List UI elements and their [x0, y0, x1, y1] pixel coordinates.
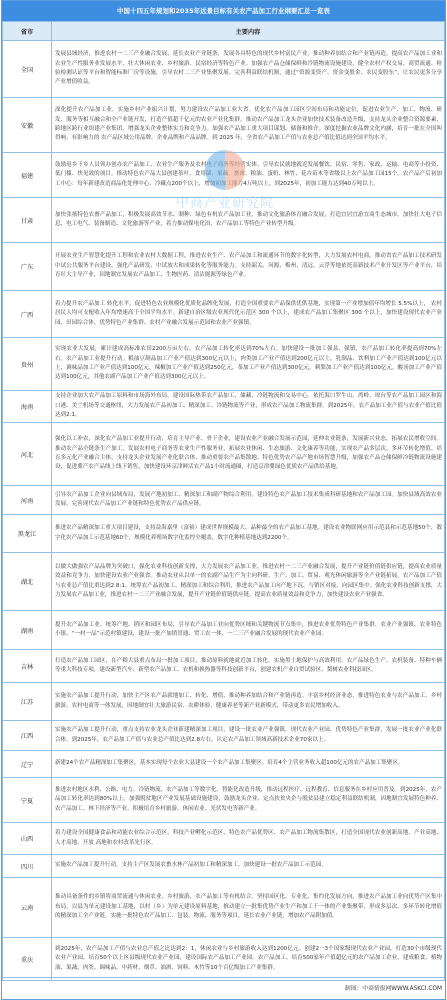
province-cell: 广东 [3, 243, 52, 291]
table-title: 中国十四五年规划和2035年远景目标有关农产品加工行业纲要汇总一览表 [2, 1, 445, 21]
content-cell: 发展县域经济，推进农村一二三产业融合发展，延长农业产业链条，发展各具特色的现代乡… [52, 41, 445, 98]
content-cell: 鼓励返乡下乡人员领办创办农产品加工、农业生产服务及农村电子商务等经营实体，引导农… [52, 153, 445, 198]
table-row: 江苏实施农产品加工提升行动，加快主产区农产品就地加工、转化、增值，推动种养加结合… [3, 683, 445, 721]
table-row: 湖北以做大做强农产品品牌为突破口，强化农业科技创新支撑，大力发展农产品加工业，推… [3, 553, 445, 611]
content-cell: 着力提升农产品加工 转化水平，促进特色农业规模化优质化品牌化发展，打造全国重要农… [52, 291, 445, 338]
table-row: 吉林打造农产品加工园区，在产粮大县重点布局一批加工项目，推动原料就地就近加工转化… [3, 650, 445, 683]
content-cell: 着力建设全国健康食品和功能农业综合示范区、科技产业孵化示范区、特色农产品优势区、… [52, 823, 445, 855]
province-cell: 湖北 [3, 553, 52, 611]
content-cell: 强化以工补农，深化农产品加工业提升行动，培育主导产业、骨干企业，建设农业产业融合… [52, 423, 445, 486]
province-cell: 全国 [3, 41, 52, 98]
province-cell: 山西 [3, 823, 52, 855]
table-row: 四川实施农产品加工提升行动，支持主产区发展农畜水林产品初加工和精深加工，加快建设… [3, 855, 445, 878]
table-row: 重庆到2025年，农产品加工产值与农业总产值之比达到2：1，休闲农业与乡村旅游收… [3, 938, 445, 981]
table-row: 全国发展县域经济，推进农村一二三产业融合发展，延长农业产业链条，发展各具特色的现… [3, 41, 445, 98]
province-cell: 吉林 [3, 650, 52, 683]
content-cell: 实施农产品加工提升行动，支持主产区发展农畜水林产品初加工和精深加工，加快建设一批… [52, 855, 445, 878]
policy-table: 省市 主要内容 全国发展县域经济，推进农村一二三产业融合发展，延长农业产业链条，… [2, 21, 445, 981]
table-row: 广西着力提升农产品加工 转化水平，促进特色农业规模化优质化品牌化发展，打造全国重… [3, 291, 445, 338]
table-row: 甘肃加快张掖特色农畜产品加工，积极发展高效节水、制种、绿色有机农产品加工业，推动… [3, 198, 445, 243]
table-row: 安徽深化提升农产品加工业。实施乡村产业振兴计划，努力建设农产品加工业大省。优化农… [3, 98, 445, 153]
table-row: 福建鼓励返乡下乡人员领办创办农产品加工、农业生产服务及农村电子商务等经营实体，引… [3, 153, 445, 198]
table-row: 湖南提升农产品加工业。统筹产地、销区和园区布局，引导农产品加工业向优势区域和关键… [3, 611, 445, 650]
content-cell: 新建24个农产品精深加工集聚区，基本实现每个农业大县建设一个农产品加工集聚区。培… [52, 751, 445, 778]
header-content: 主要内容 [52, 22, 445, 41]
province-cell: 湖南 [3, 611, 52, 650]
content-cell: 实施农产品加工提升行动，加快主产区农产品就地加工、转化、增值，推动种养加结合和产… [52, 683, 445, 721]
content-cell: 深化提升农产品加工业。实施乡村产业振兴计划，努力建设农产品加工业大省。优化农产品… [52, 98, 445, 153]
content-cell: 开展农业生产智慧化提升工程和农业农村大数据工程，推进农业生产、农产品加工和流通环… [52, 243, 445, 291]
province-cell: 四川 [3, 855, 52, 878]
province-cell: 广西 [3, 291, 52, 338]
content-cell: 以做大做强农产品品牌为突破口，强化农业科技创新支撑，大力发展农产品加工业，推进农… [52, 553, 445, 611]
table-row: 黑龙江推进农产品精深加工重大项目建设，支持益海嘉里（富裕）建成世界规模最大、品种… [3, 515, 445, 553]
content-cell: 打造农产品加工园区，在产粮大县重点布局一批加工项目，推动原料就地就近加工转化。实… [52, 650, 445, 683]
content-cell: 实施农产品加工提升行动，重点支持农业龙头企业新建精深加工项目，建设一批农业产业强… [52, 721, 445, 751]
table-row: 海南支持企业加大农产品加工原料和市场海外布局。建设国际热带农产品加工、储藏、冷链… [3, 391, 445, 423]
province-cell: 江西 [3, 721, 52, 751]
content-cell: 引导农产品加工企业向县域布局，发展产地初加工、精深加工和副产物综合利用，建设特色… [52, 486, 445, 515]
source-footer: 制图：中商情报网WWW.ASKCI.COM [2, 977, 445, 999]
province-cell: 贵州 [3, 338, 52, 391]
province-cell: 江苏 [3, 683, 52, 721]
table-row: 河北强化以工补农，深化农产品加工业提升行动，培育主导产业、骨干企业，建设农业产业… [3, 423, 445, 486]
content-cell: 推进农村地区水利、公路、电力、冷链物流、农产品加工等数字化、智能化改造升级，推动… [52, 778, 445, 823]
content-cell: 加快张掖特色农畜产品加工，积极发展高效节水、制种、绿色有机农产品加工业，推动文化… [52, 198, 445, 243]
header-province: 省市 [3, 22, 52, 41]
province-cell: 辽宁 [3, 751, 52, 778]
table-row: 贵州实现农业大发展，累计建成高标准农田2200万亩左右，农产品加工转化率达到70… [3, 338, 445, 391]
summary-table-frame: 中国十四五年规划和2035年远景目标有关农产品加工行业纲要汇总一览表 省市 主要… [1, 0, 446, 1000]
content-cell: 推动具备条件的乡镇将商贸流通与休闲农业、乡村旅游、农产品加工等有机结合。坚持园区… [52, 878, 445, 938]
table-row: 广东开展农业生产智慧化提升工程和农业农村大数据工程，推进农业生产、农产品加工和流… [3, 243, 445, 291]
table-row: 云南推动具备条件的乡镇将商贸流通与休闲农业、乡村旅游、农产品加工等有机结合。坚持… [3, 878, 445, 938]
content-cell: 实现农业大发展，累计建成高标准农田2200万亩左右，农产品加工转化率达到70%左… [52, 338, 445, 391]
province-cell: 宁夏 [3, 778, 52, 823]
content-cell: 推进农产品精深加工重大项目建设，支持益海嘉里（富裕）建成世界规模最大、品种最全的… [52, 515, 445, 553]
content-cell: 提升农产品加工业。统筹产地、销区和园区布局，引导农产品加工业向优势区域和关键物流… [52, 611, 445, 650]
province-cell: 福建 [3, 153, 52, 198]
province-cell: 云南 [3, 878, 52, 938]
province-cell: 海南 [3, 391, 52, 423]
province-cell: 河南 [3, 486, 52, 515]
table-row: 辽宁新建24个农产品精深加工集聚区，基本实现每个农业大县建设一个农产品加工集聚区… [3, 751, 445, 778]
province-cell: 黑龙江 [3, 515, 52, 553]
province-cell: 甘肃 [3, 198, 52, 243]
content-cell: 支持企业加大农产品加工原料和市场海外布局。建设国际热带农产品加工、储藏、冷链物流… [52, 391, 445, 423]
table-row: 宁夏推进农村地区水利、公路、电力、冷链物流、农产品加工等数字化、智能化改造升级，… [3, 778, 445, 823]
province-cell: 重庆 [3, 938, 52, 981]
table-row: 山西着力建设全国健康食品和功能农业综合示范区、科技产业孵化示范区、特色农产品优势… [3, 823, 445, 855]
table-row: 河南引导农产品加工企业向县域布局，发展产地初加工、精深加工和副产物综合利用，建设… [3, 486, 445, 515]
table-header-row: 省市 主要内容 [3, 22, 445, 41]
table-body: 全国发展县域经济，推进农村一二三产业融合发展，延长农业产业链条，发展各具特色的现… [3, 41, 445, 981]
table-row: 江西实施农产品加工提升行动，重点支持农业龙头企业新建精深加工项目，建设一批农业产… [3, 721, 445, 751]
province-cell: 河北 [3, 423, 52, 486]
content-cell: 到2025年，农产品加工产值与农业总产值之比达到2：1，休闲农业与乡村旅游收入达… [52, 938, 445, 981]
province-cell: 安徽 [3, 98, 52, 153]
